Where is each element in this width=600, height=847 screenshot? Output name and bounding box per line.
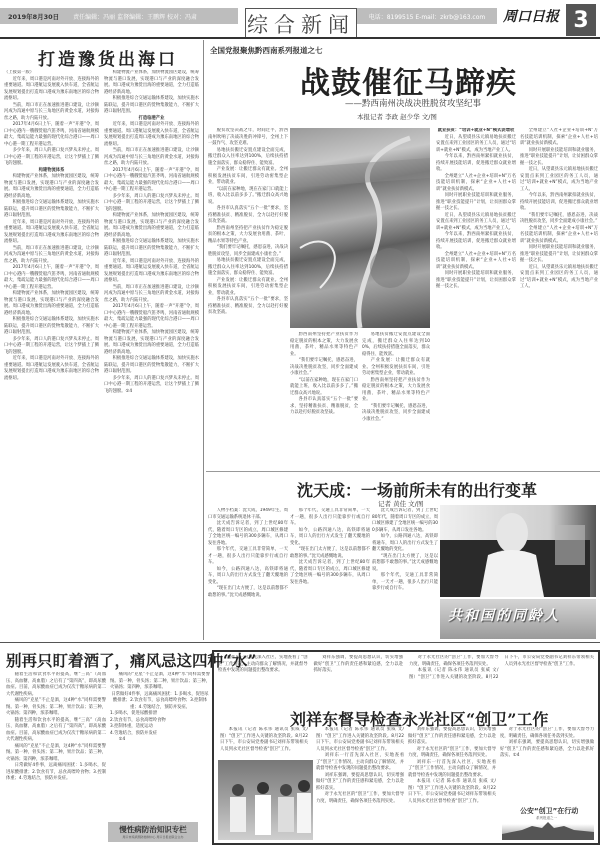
paragraph: 构建物流产业体系，加快物流园区建设，统筹物流与港口发展，实现港口与产业的深度融合… (104, 330, 199, 356)
feature-col4: 就业扶贫：“培训+就业+N”模式促增收 近日，从望谟县乐元镇易地扶贫搬迁安置点来… (436, 128, 516, 468)
paragraph: 沈天成告诉记者，到了上世纪80年代，随着周口专区的成立，周口城区修建了全地区统一… (372, 508, 438, 534)
paragraph: 同时开展职业技能培训和就业服务，推进“职业技能提升”计划，让贫困群众掌握一技之长… (520, 148, 598, 168)
paragraph: 近年来，周口港是河南对外开放、连接海外的重要通道。周口港航运发展驶入快车道，全省… (4, 220, 99, 246)
left-article-title: 打造豫货出海口 (38, 45, 178, 70)
health-col2: 痛风的“克星”不止是酒，这4种“水”同样需要警惕。第一种，骨头汤；第二种，果汁饮… (110, 672, 210, 772)
paragraph: 各县市认真落实“五个一批”要求，坚持精准扶贫、精准脱贫，全力以赴打好脱贫攻坚战。 (208, 297, 288, 317)
shen-col3: 沈天成告诉记者，到了上世纪80年代，随着周口专区的成立，周口城区修建了全地区统一… (372, 508, 438, 636)
shen-col2: 那个年代，交通工具非常简单，一天才一趟，很多人出行只能靠步行或自行车。 如今，公… (290, 508, 370, 636)
contact-bar: 电话：8199515 E-mail：zkrb@163.com (357, 8, 497, 24)
end-mark: ①4 (125, 389, 132, 394)
paragraph: 当前，周口市正在加速推进港口建设，让沙颍河成为沟通中原与长三角地区的黄金水道，对… (104, 148, 199, 168)
paragraph: 今年以来，黔西南州紧扣就业扶贫，持续开展技能培训，促进搬迁群众就业增收。 (520, 193, 598, 213)
paragraph: 那个年代，交通工具非常简单，一天才一趟，很多人出行只能靠步行或自行车。 (372, 573, 438, 593)
paragraph: 刘祥东一行首先深入社区，实地查看了“创卫”工作情况，主动向群众了解情况，并就督导… (218, 655, 308, 675)
paragraph: 对于永光社区的“创卫”工作，要加大督导力度，明确责任，确保各项任务落到实处。 (408, 747, 496, 760)
paragraph: 人物小档案：沈天成，1949年生，周口市交通运输系统退休干部。 (208, 508, 288, 521)
paragraph: 全州建立“人社+企业+培训+N”万名技能培训机制，探索“企业+人社+培训”就业扶… (520, 128, 598, 148)
paragraph: 构建物流产业体系，加快物流园区建设，统筹物流与港口发展，实现港口与产业的深度融合… (104, 70, 199, 96)
paragraph: 构建物流产业体系，加快物流园区建设，统筹物流与港口发展，实现港口与产业的深度融合… (4, 174, 99, 200)
paragraph: 易地扶贫搬迁安置点建设全面完成，搬迁群众入住率达到100%，后续扶持措施全面落实… (208, 258, 288, 278)
left-article-col1: （上接第一版） 近年来，周口港是河南对外开放、连接海外的重要通道。周口港航运发展… (4, 70, 99, 640)
paragraph: 积极推进综合交通运输体系建设，加快实施水陆联运，提升周口港区的货物集散能力，不断… (104, 96, 199, 116)
banner-title: 共和国的同龄人 (448, 605, 560, 625)
paragraph: 近年来，周口港是河南对外开放、连接海外的重要通道。周口港航运发展驶入快车道，全省… (104, 122, 199, 148)
paragraph: 沈天成告诉记者，到了上世纪80年代，随着周口专区的成立，周口城区修建了全地区统一… (290, 560, 370, 586)
portrait-figure-graphic (440, 505, 596, 597)
paragraph: “我们要牢记嘱托，感恩奋进，决战决胜脱贫攻坚，同步全面建成小康社会。” (362, 404, 430, 424)
feature-byline: 本报记者 李政 赵少华 文/图 (357, 112, 437, 121)
paragraph: 脱贫攻坚决战之年，时间过半，黔西南州吹响了决战决胜的冲锋号，全州上下一鼓作气、攻… (208, 128, 288, 148)
paragraph: 当前，周口市正在加速推进港口建设，让沙颍河成为沟通中原与长三角地区的黄金水道，对… (4, 103, 99, 123)
people-group-graphic (218, 760, 313, 840)
paragraph: 2017年4月6日上午，随着一声“开港”令，周口中心港内一艘艘货船汽笛齐鸣，河南… (104, 304, 199, 330)
paragraph: 全州建立“人社+企业+培训+N”万名技能培训机制，探索“企业+人社+培训”就业扶… (436, 174, 516, 194)
section-divider (0, 642, 600, 643)
shen-byline: 记者 黄佳 文/图 (378, 499, 423, 508)
paragraph: 同时开展职业技能培训和就业服务，推进“职业技能提升”计划，让贫困群众掌握一技之长… (436, 193, 516, 213)
health-column-banner: 慢性病防治知识专栏 周口市疾病预防控制中心 周口日报社联合主办 (108, 822, 198, 842)
liu-col1: 本报讯（记者 陈永伟 通讯员 张威 文/图）“创卫”工作进入关键的攻坚阶段。8月… (220, 727, 308, 757)
left-article-col2: 构建物流产业体系，加快物流园区建设，统筹物流与港口发展，实现港口与产业的深度融合… (104, 70, 199, 640)
paragraph: 产业发展：让搬迁群众有就业。全州积极发展扶贫车间，引进劳动密集型企业，带动就业。 (362, 358, 430, 378)
paragraph: “现在出门太方便了，这是以前想都不敢想的事。”沈天成感慨地说。 (290, 547, 370, 560)
paragraph: 对于永光社区的“创卫”工作，要加大督导力度，明确责任，确保各项任务落到实处。 (409, 655, 499, 668)
paragraph: 对于永光社区的“创卫”工作，要加大督导力度，明确责任，确保各项任务落到实处。 (316, 792, 404, 805)
feature-title: 战鼓催征马蹄疾 (300, 58, 517, 102)
paragraph: 同时开展职业技能培训和就业服务，推进“职业技能提升”计划，让贫困群众掌握一技之长… (520, 245, 598, 265)
paragraph: 近年来，周口港是河南对外开放、连接海外的重要通道。周口港航运发展驶入快车道，全省… (4, 77, 99, 103)
paragraph: 当前，周口市正在加速推进港口建设，让沙颍河成为沟通中原与长三角地区的黄金水道，对… (4, 246, 99, 266)
paragraph: 随着生活和饮食水平的提高，继“三高”（高血压、高血糖、高血脂）之后有了“第四高”… (6, 718, 106, 744)
paragraph: 易地扶贫搬迁安置点建设全面完成，搬迁群众入住率达到100%，后续扶持措施全面落实… (362, 332, 430, 358)
paragraph: 积极推进综合交通运输体系建设，加快实施水陆联运，提升周口港区的货物集散能力，不断… (104, 239, 199, 259)
health-col1: 随着生活和饮食水平的提高，继“三高”（高血压、高血糖、高血脂）之后有了“第四高”… (6, 672, 106, 842)
paragraph: 日常做好4件事，远离痛风困扰：1.多喝水，促进尿酸排泄；2.饮食有节，忌食高嘌呤… (6, 763, 106, 783)
subhead: 日常做好4件事，远离痛风困扰：1.多喝水，促进尿酸排泄；2.饮食有节，忌食高嘌呤… (110, 692, 210, 712)
end-mark: ①4 (110, 737, 210, 744)
feature-col1: 脱贫攻坚决战之年，时间过半，黔西南州吹响了决战决胜的冲锋号，全州上下一鼓作气、攻… (208, 128, 288, 468)
paragraph: 痛风的“克星”不止是酒，这4种“水”同样需要警惕。第一种，骨头汤；第二种，果汁饮… (6, 698, 106, 718)
feature-photo-landscape (290, 128, 430, 328)
section-divider (206, 471, 600, 472)
liu-col2: 本报讯（记者 陈永伟 通讯员 张威 文/图）“创卫”工作进入关键的攻坚阶段。8月… (316, 727, 404, 840)
paragraph: 沈天成告诉记者，到了上世纪80年代，随着周口专区的成立，周口城区修建了全地区统一… (208, 521, 288, 547)
paragraph: 本报讯（记者 陈永伟 通讯员 张威 文/图）“创卫”工作进入关键的攻坚阶段。8月… (220, 727, 308, 753)
newspaper-masthead: 周口日报 (503, 6, 565, 28)
paragraph: 痛风的“克星”不止是酒，这4种“水”同样需要警惕。第一种，骨头汤；第二种，果汁饮… (110, 672, 210, 692)
liu-inspection-photo (218, 760, 313, 840)
feature-subtitle: ——黔西南州决战决胜脱贫攻坚纪事 (345, 97, 481, 109)
paragraph: 近年来，周口港是河南对外开放、连接海外的重要通道。周口港航运发展驶入快车道，全省… (4, 356, 99, 382)
paragraph: 今年以来，黔西南州紧扣就业扶贫，持续开展技能培训，促进搬迁群众就业增收。 (436, 232, 516, 252)
paragraph: 黔西南州坚持把产业扶贫作为稳定脱贫的根本之策，大力发展食用菌、茶叶、精品水果等特… (290, 332, 358, 358)
paragraph: 那个年代，交通工具非常简单，一天才一趟，很多人出行只能靠步行或自行车。 (290, 508, 370, 528)
paragraph: 多少年来，周口人的港口复兴梦从未停止。周口中心港一期工程的开港运营，让这个梦插上… (104, 194, 199, 214)
paragraph: 各县市认真落实“五个一批”要求，坚持精准扶贫、精准脱贫，全力以赴打好脱贫攻坚战。 (290, 397, 358, 417)
paragraph: “现在出门太方便了，这是以前想都不敢想的事。”沈天成感慨地说。 (208, 586, 288, 599)
subhead: 就业扶贫：“培训+就业+N”模式促增收 (436, 128, 516, 135)
paragraph: 全州建立“人社+企业+培训+N”万名技能培训机制，探索“企业+人社+培训”就业扶… (520, 226, 598, 246)
liu-col4: 对于永光社区的“创卫”工作，要加大督导力度，明确责任，确保各项任务落到实处。 刘… (500, 727, 594, 787)
paragraph: 今年以来，黔西南州紧扣就业扶贫，持续开展技能培训，促进搬迁群众就业增收。 (436, 154, 516, 174)
liu-top-snippet: 刘祥东一行首先深入社区，实地查看了“创卫”工作情况，主动向群众了解情况，并就督导… (218, 655, 594, 685)
end-mark: ①4 (513, 753, 520, 758)
paragraph: 多少年来，周口人的港口复兴梦从未停止。周口中心港一期工程的开港运营，让这个梦插上… (4, 337, 99, 357)
paragraph: 易地扶贫搬迁安置点建设全面完成，搬迁群众入住率达到100%，后续扶持措施全面落实… (208, 148, 288, 168)
paragraph: 多少年来，周口人的港口复兴梦从未停止。周口中心港一期工程的开港运营，让这个梦插上… (104, 376, 199, 394)
police-creating-health-badge: 公安“创卫”在行动 系列报道之一 (502, 800, 594, 840)
issue-date: 2019年8月30日 (8, 12, 59, 21)
column-divider (203, 40, 204, 640)
paragraph: 如今，公路四通八达，高铁即将通车，周口人的出行方式发生了翻天覆地的变化。 (208, 567, 288, 587)
paragraph: 那个年代，交通工具非常简单，一天才一趟，很多人出行只能靠步行或自行车。 (208, 547, 288, 567)
paragraph: “我们要牢记嘱托，感恩奋进，决战决胜脱贫攻坚，同步全面建成小康社会。” (520, 213, 598, 226)
paragraph: 积极推进综合交通运输体系建设，加快实施水陆联运，提升周口港区的货物集散能力，不断… (104, 356, 199, 376)
tiananmen-skyline-icon (502, 800, 594, 840)
paragraph: 2017年4月6日上午，随着一声“开港”令，周口中心港内一艘艘货船汽笛齐鸣，河南… (104, 168, 199, 194)
shen-col1: 人物小档案：沈天成，1949年生，周口市交通运输系统退休干部。 沈天成告诉记者，… (208, 508, 288, 636)
paragraph: 本报讯（记者 陈永伟 通讯员 张威 文/图）“创卫”工作进入关键的攻坚阶段。8月… (316, 727, 404, 753)
paragraph: 积极推进综合交通运输体系建设，加快实施水陆联运，提升周口港区的货物集散能力，不断… (4, 317, 99, 337)
banner-title: 慢性病防治知识专栏 (108, 824, 198, 835)
paragraph: 当前，周口市正在加速推进港口建设，让沙颍河成为沟通中原与长三角地区的黄金水道，对… (104, 285, 199, 305)
feature-col2: 黔西南州坚持把产业扶贫作为稳定脱贫的根本之策，大力发展食用菌、茶叶、精品水果等特… (290, 332, 358, 468)
shen-article-title: 沈天成：一场前所未有的出行变革 (297, 478, 537, 501)
paragraph: 产业发展：让搬迁群众有就业。全州积极发展扶贫车间，引进劳动密集型企业，带动就业。 (208, 167, 288, 187)
paragraph: “现在出门太方便了，这是以前想都不敢想的事。”沈天成感慨地说。 (372, 554, 438, 574)
paragraph: “以前在家种地，现在在家门口就能上班，收入比以前多多了。”搬迁群众高兴地说。 (208, 187, 288, 207)
paragraph: 同时开展职业技能培训和就业服务，推进“职业技能提升”计划，让贫困群众掌握一技之长… (436, 271, 516, 291)
paragraph: 对于永光社区的“创卫”工作，要加大督导力度，明确责任，确保各项任务落到实处。 (500, 727, 594, 740)
paragraph: 多少年来，周口人的港口复兴梦从未停止。周口中心港一期工程的开港运营，让这个梦插上… (4, 148, 99, 168)
paragraph: 积极推进综合交通运输体系建设，加快实施水陆联运，提升周口港区的货物集散能力，不断… (4, 200, 99, 220)
paragraph: 如今，公路四通八达，高铁即将通车，周口人的出行方式发生了翻天覆地的变化。 (372, 534, 438, 554)
paragraph: “以前在家种地，现在在家门口就能上班，收入比以前多多了。”搬迁群众高兴地说。 (290, 378, 358, 398)
paragraph: “我们要牢记嘱托，感恩奋进，决战决胜脱贫攻坚，同步全面建成小康社会。” (290, 358, 358, 378)
paragraph: 各县市认真落实“五个一批”要求，坚持精准扶贫、精准脱贫，全力以赴打好脱贫攻坚战。 (208, 206, 288, 226)
page-number: 3 (566, 4, 596, 36)
editors-line: 责任编辑：冯丽 监督编辑：王鹏辉 校对：冯肃 (73, 12, 197, 21)
paragraph: 随着生活和饮食水平的提高，继“三高”（高血压、高血糖、高血脂）之后有了“第四高”… (6, 672, 106, 698)
paragraph: 近日，从望谟县乐元镇易地扶贫搬迁安置点来到工业园区的务工人员，通过“培训+就业+… (436, 213, 516, 233)
paragraph: 2017年4月6日上午，随着一声“开港”令，周口中心港内一艘艘货船汽笛齐鸣，河南… (4, 265, 99, 291)
paragraph: 刘祥东一行首先深入社区，实地查看了“创卫”工作情况，主动向群众了解情况，并就督导… (408, 760, 496, 780)
feature-kicker: 全国党报聚焦黔西南系列报道之七 (210, 45, 323, 56)
banner-subtitle: 周口市疾病预防控制中心 周口日报社联合主办 (108, 835, 198, 839)
header-rule (0, 37, 600, 39)
paragraph: 产业发展：让搬迁群众有就业。全州积极发展扶贫车间，引进劳动密集型企业，带动就业。 (208, 278, 288, 298)
paragraph: 刘祥东强调，要提高思想认识，切实增强做好“创卫”工作的责任感和紧迫感，全力以赴抓… (314, 655, 404, 675)
paragraph: 构建物流产业体系，加快物流园区建设，统筹物流与港口发展，实现港口与产业的深度融合… (4, 291, 99, 317)
tongling-ren-banner: 共和国的同龄人 (440, 599, 596, 639)
paragraph: 刘祥东强调，要提高思想认识，切实增强做好“创卫”工作的责任感和紧迫感，全力以赴抓… (408, 727, 496, 747)
paragraph: 黔西南州坚持把产业扶贫作为稳定脱贫的根本之策，大力发展食用菌、茶叶、精品水果等特… (208, 226, 288, 246)
header-info-bar: 2019年8月30日 责任编辑：冯丽 监督编辑：王鹏辉 校对：冯肃 (0, 8, 238, 24)
paragraph: 本报讯（记者 陈永伟 通讯员 张威 文/图）“创卫”工作进入关键的攻坚阶段。8月… (408, 779, 496, 805)
paragraph: 全州建立“人社+企业+培训+N”万名技能培训机制，探索“企业+人社+培训”就业扶… (436, 252, 516, 272)
contact-line: 电话：8199515 E-mail：zkrb@163.com (369, 12, 486, 21)
liu-col3: 刘祥东强调，要提高思想认识，切实增强做好“创卫”工作的责任感和紧迫感，全力以赴抓… (408, 727, 496, 840)
paragraph: 黔西南州坚持把产业扶贫作为稳定脱贫的根本之策，大力发展食用菌、茶叶、精品水果等特… (362, 378, 430, 404)
paragraph: 近日，从望谟县乐元镇易地扶贫搬迁安置点来到工业园区的务工人员，通过“培训+就业+… (520, 167, 598, 193)
feature-col3: 易地扶贫搬迁安置点建设全面完成，搬迁群众入住率达到100%，后续扶持措施全面落实… (362, 332, 430, 468)
feature-col5: 全州建立“人社+企业+培训+N”万名技能培训机制，探索“企业+人社+培训”就业扶… (520, 128, 598, 468)
paragraph: 构建物流产业体系，加快物流园区建设，统筹物流与港口发展，实现港口与产业的深度融合… (104, 213, 199, 239)
paragraph: 刘祥东一行首先深入社区，实地查看了“创卫”工作情况，主动向群众了解情况，并就督导… (316, 753, 404, 773)
paragraph: 刘祥东强调，要提高思想认识，切实增强做好“创卫”工作的责任感和紧迫感，全力以赴抓… (316, 773, 404, 793)
paragraph: “我们要牢记嘱托，感恩奋进，决战决胜脱贫攻坚，同步全面建成小康社会。” (208, 245, 288, 258)
paragraph: 近日，从望谟县乐元镇易地扶贫搬迁安置点来到工业园区的务工人员，通过“培训+就业+… (520, 265, 598, 291)
paragraph: 近年来，周口港是河南对外开放、连接海外的重要通道。周口港航运发展驶入快车道，全省… (104, 259, 199, 285)
paragraph: 近日，从望谟县乐元镇易地扶贫搬迁安置点来到工业园区的务工人员，通过“培训+就业+… (436, 135, 516, 155)
paragraph: 如今，公路四通八达，高铁即将通车，周口人的出行方式发生了翻天覆地的变化。 (290, 528, 370, 548)
paragraph: 痛风的“克星”不止是酒，这4种“水”同样需要警惕。第一种，骨头汤；第二种，果汁饮… (6, 744, 106, 764)
landscape-road-graphic (290, 128, 430, 328)
shen-portrait-photo (440, 505, 596, 597)
section-title: 综合新闻 (245, 8, 357, 38)
paragraph: 2017年4月6日上午，随着一声“开港”令，周口中心港内一艘艘货船汽笛齐鸣，河南… (4, 122, 99, 148)
